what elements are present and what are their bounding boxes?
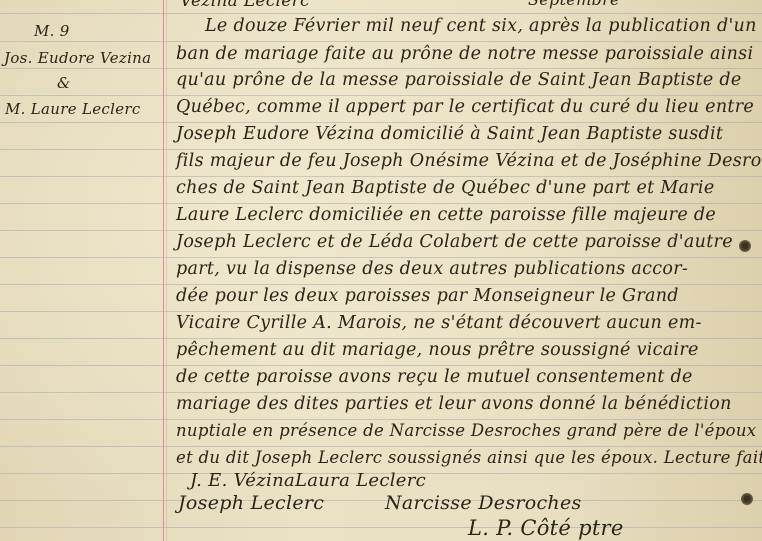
record-line: ban de mariage faite au prône de notre m… xyxy=(176,44,753,64)
record-line: Joseph Eudore Vézina domicilié à Saint J… xyxy=(176,124,723,144)
signature-bride: Laura Leclerc xyxy=(295,470,426,491)
signature-priest: L. P. Côté ptre xyxy=(468,516,624,540)
record-line: mariage des dites parties et leur avons … xyxy=(176,394,732,414)
margin-bride-name: M. Laure Leclerc xyxy=(5,100,141,118)
header-fragment-left: Vezina Leclerc xyxy=(180,0,310,11)
margin-rule-shadow xyxy=(166,0,167,541)
record-line: Vicaire Cyrille A. Marois, ne s'étant dé… xyxy=(176,313,702,333)
record-line: part, vu la dispense des deux autres pub… xyxy=(176,259,688,279)
signature-witness: Narcisse Desroches xyxy=(385,492,582,514)
margin-groom-name: Jos. Eudore Vezina xyxy=(4,49,151,67)
record-line: qu'au prône de la messe paroissiale de S… xyxy=(176,70,742,90)
record-line: Québec, comme il appert par le certifica… xyxy=(176,97,754,117)
binding-hole-icon xyxy=(739,240,751,252)
margin-ampersand: & xyxy=(57,74,71,92)
record-line: dée pour les deux paroisses par Monseign… xyxy=(176,286,679,306)
signature-bride-father: Joseph Leclerc xyxy=(178,492,324,514)
record-line: Laure Leclerc domiciliée en cette parois… xyxy=(176,205,716,225)
record-line: ches de Saint Jean Baptiste de Québec d'… xyxy=(176,178,715,198)
record-line: Joseph Leclerc et de Léda Colabert de ce… xyxy=(176,232,733,252)
binding-hole-icon xyxy=(741,493,753,505)
record-line: de cette paroisse avons reçu le mutuel c… xyxy=(176,367,693,387)
record-line: Le douze Février mil neuf cent six, aprè… xyxy=(205,16,757,36)
margin-rule xyxy=(163,0,164,541)
record-line: fils majeur de feu Joseph Onésime Vézina… xyxy=(176,151,762,171)
record-line: nuptiale en présence de Narcisse Desroch… xyxy=(176,421,756,440)
margin-entry-number: M. 9 xyxy=(34,22,70,40)
record-line: pêchement au dit mariage, nous prêtre so… xyxy=(176,340,699,360)
header-fragment-right: Septembre xyxy=(528,0,620,9)
register-page: Vezina Leclerc Septembre M. 9 Jos. Eudor… xyxy=(0,0,762,541)
record-line: et du dit Joseph Leclerc soussignés ains… xyxy=(176,448,762,467)
signature-groom: J. E. Vézina xyxy=(190,470,295,491)
